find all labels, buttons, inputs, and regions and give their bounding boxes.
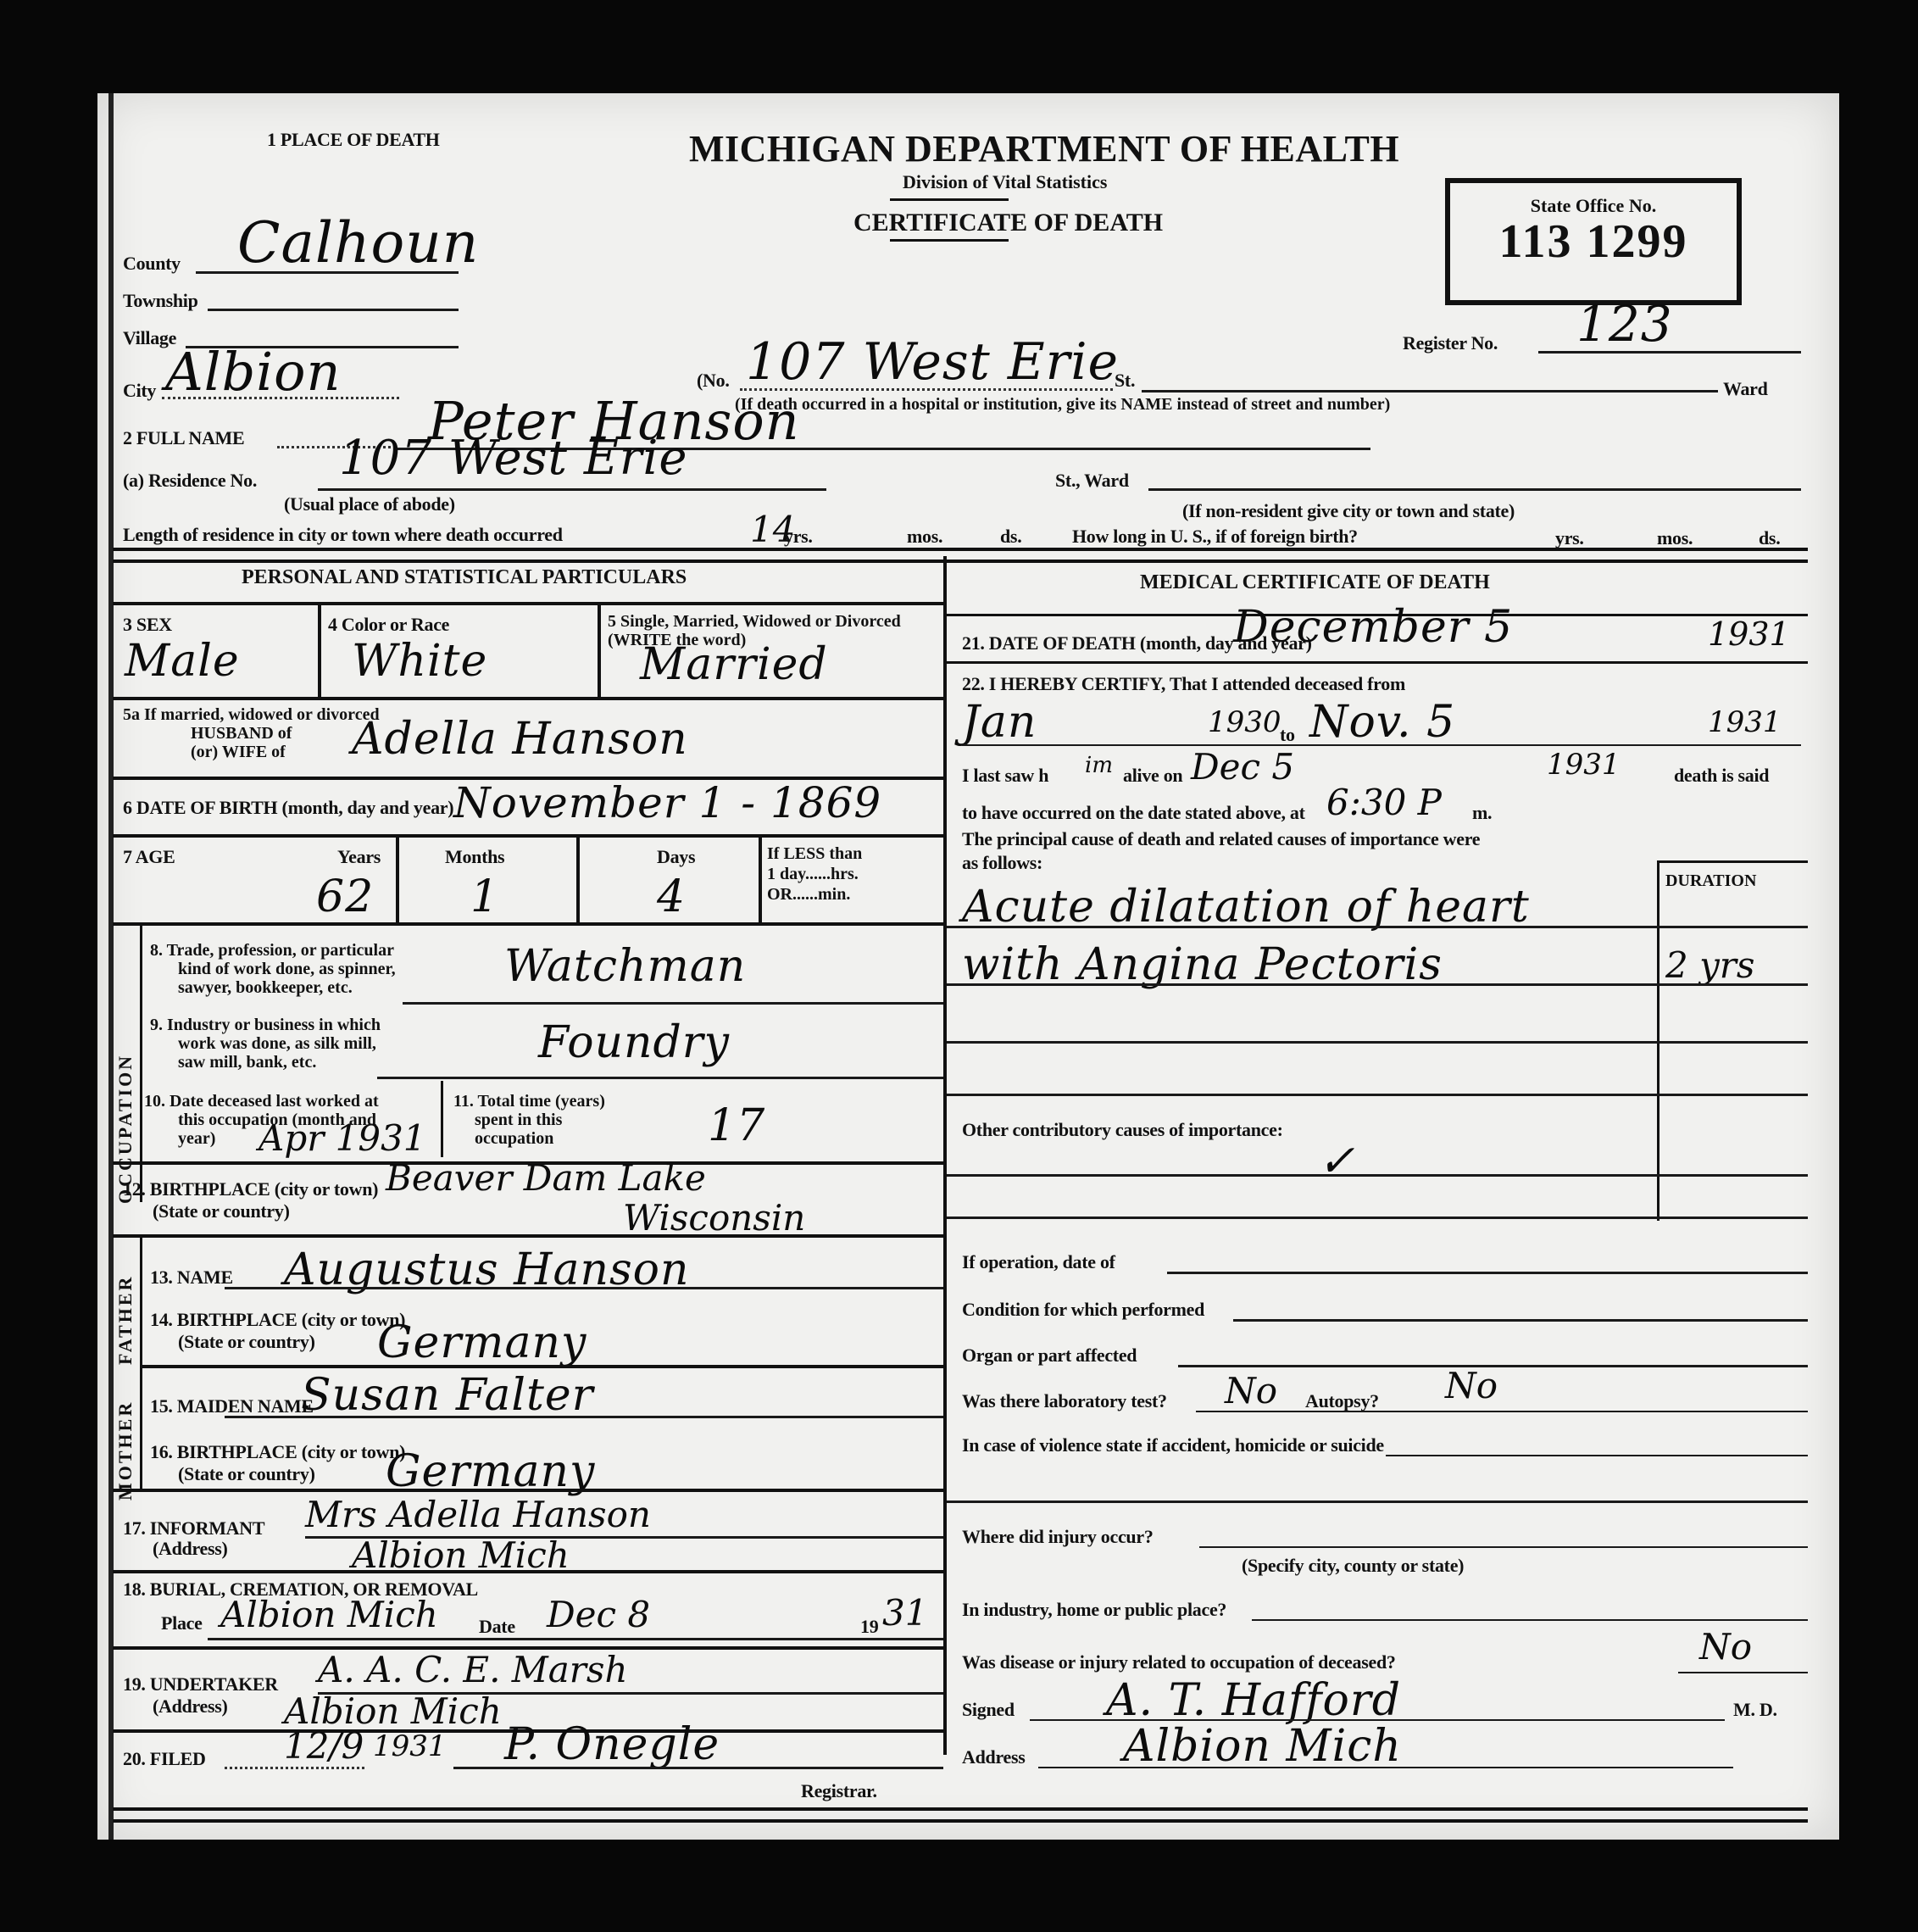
autopsy-value: No: [1445, 1365, 1498, 1406]
cause-2-duration: 2 yrs: [1665, 944, 1754, 986]
dob-label: 6 DATE OF BIRTH (month, day and year): [123, 797, 453, 819]
lab-test-value: No: [1225, 1370, 1277, 1411]
row-divider: [113, 602, 943, 605]
filed-year-value: 1931: [373, 1729, 447, 1763]
residence-line: [318, 488, 826, 491]
dob-value: November 1 - 1869: [453, 778, 881, 827]
row-divider: [113, 1234, 943, 1238]
header-divider: [113, 548, 1808, 563]
cause-line: [947, 1174, 1808, 1177]
register-label: Register No.: [1403, 332, 1498, 354]
attended-to-year: 1931: [1708, 705, 1782, 739]
last-worked-value: Apr 1931: [259, 1117, 426, 1159]
divider: [890, 239, 1009, 242]
last-saw-label: I last saw h: [962, 765, 1048, 787]
organ-label: Organ or part affected: [962, 1345, 1137, 1367]
date-of-death-value: December 5: [1233, 602, 1513, 653]
col-divider: [576, 834, 580, 922]
usual-abode-note: (Usual place of abode): [284, 493, 455, 515]
burial-line: [208, 1638, 943, 1640]
burial-date-value: Dec 8: [547, 1594, 650, 1635]
mother-birthplace-state-label: (State or country): [178, 1463, 315, 1485]
age-days-value: 4: [657, 871, 686, 922]
us-yrs-label: yrs.: [1555, 527, 1584, 549]
ward-line: [1142, 390, 1718, 393]
row-divider: [113, 834, 943, 838]
cause-line: [947, 1094, 1808, 1096]
footer-divider: [113, 1807, 1808, 1823]
spouse-label-3: (or) WIFE of: [191, 743, 286, 761]
trade-label-2: kind of work done, as spinner,: [178, 960, 396, 978]
col-divider: [318, 602, 321, 697]
race-value: White: [352, 636, 487, 687]
lab-line: [1196, 1411, 1808, 1412]
trade-label-1: 8. Trade, profession, or particular: [150, 941, 394, 960]
township-label: Township: [123, 290, 198, 312]
autopsy-label: Autopsy?: [1305, 1390, 1379, 1412]
certificate-title: CERTIFICATE OF DEATH: [853, 209, 1163, 237]
industry-label-1: 9. Industry or business in which: [150, 1016, 381, 1034]
duration-label: DURATION: [1665, 871, 1756, 890]
informant-value: Mrs Adella Hanson: [305, 1494, 651, 1535]
alive-on-label: alive on: [1123, 765, 1182, 787]
father-birthplace-label: 14. BIRTHPLACE (city or town): [150, 1309, 405, 1331]
row-divider: [140, 1365, 943, 1368]
total-time-label-2: spent in this: [475, 1111, 562, 1129]
county-label: County: [123, 253, 181, 275]
age-months-value: 1: [470, 871, 499, 922]
col-divider: [396, 834, 399, 922]
mos-label: mos.: [907, 526, 942, 548]
hospital-note: (If death occurred in a hospital or inst…: [735, 395, 1390, 414]
signed-label: Signed: [962, 1699, 1015, 1721]
filed-date-value: 12/9: [284, 1725, 364, 1767]
industry-line: [377, 1077, 943, 1079]
ward-line-2: [1148, 488, 1801, 491]
us-mos-label: mos.: [1657, 527, 1693, 549]
less-than-label-2: 1 day......hrs.: [767, 865, 859, 883]
years-label: Years: [337, 846, 381, 868]
less-than-label-3: OR......min.: [767, 885, 850, 904]
marital-value: Married: [640, 639, 828, 690]
registrar-label: Registrar.: [801, 1780, 877, 1802]
cause-line: [947, 926, 1808, 928]
occupation-related-line: [1678, 1672, 1808, 1673]
father-side-label: FATHER: [114, 1246, 136, 1365]
st-label: St.: [1115, 370, 1135, 392]
state-office-box: State Office No. 113 1299: [1445, 178, 1742, 305]
row-divider: [113, 922, 943, 926]
mother-maiden-label: 15. MAIDEN NAME: [150, 1395, 314, 1417]
col-divider: [598, 602, 601, 697]
side-rule: [140, 1234, 142, 1489]
death-said-label: death is said: [1674, 765, 1769, 787]
operation-label: If operation, date of: [962, 1251, 1115, 1273]
operation-line: [1167, 1272, 1808, 1274]
sex-label: 3 SEX: [123, 614, 172, 636]
death-certificate: 1 PLACE OF DEATH MICHIGAN DEPARTMENT OF …: [97, 93, 1839, 1840]
md-label: M. D.: [1733, 1699, 1777, 1721]
attended-to-value: Nov. 5: [1309, 697, 1455, 748]
full-name-label: 2 FULL NAME: [123, 427, 244, 449]
township-line: [208, 309, 459, 311]
industry-label-2: work was done, as silk mill,: [178, 1034, 376, 1053]
state-office-number: 113 1299: [1450, 217, 1737, 266]
burial-place-label: Place: [161, 1612, 203, 1634]
undertaker-label: 19. UNDERTAKER: [123, 1673, 278, 1695]
personal-section-title: PERSONAL AND STATISTICAL PARTICULARS: [242, 566, 687, 589]
medical-section-title: MEDICAL CERTIFICATE OF DEATH: [1140, 571, 1490, 594]
signed-value: A. T. Hafford: [1106, 1675, 1401, 1726]
sex-value: Male: [125, 636, 240, 687]
yrs-label: yrs.: [784, 526, 813, 548]
place-of-death-label: 1 PLACE OF DEATH: [267, 129, 440, 151]
row-divider: [947, 661, 1808, 664]
nonresident-note: (If non-resident give city or town and s…: [1182, 500, 1515, 522]
birthplace-state-value: Wisconsin: [623, 1197, 805, 1239]
birthplace-state-label: (State or country): [153, 1200, 290, 1222]
injury-where-line: [1199, 1546, 1808, 1548]
undertaker-value: A. A. C. E. Marsh: [318, 1649, 628, 1690]
mother-maiden-line: [225, 1416, 943, 1418]
mother-side-label: MOTHER: [114, 1373, 136, 1501]
ds-label: ds.: [1000, 526, 1021, 548]
industry-label-3: saw mill, bank, etc.: [178, 1053, 316, 1072]
filed-line: [225, 1767, 364, 1769]
months-label: Months: [445, 846, 504, 868]
specify-note: (Specify city, county or state): [1242, 1555, 1464, 1577]
trade-value: Watchman: [504, 941, 746, 992]
col-divider: [441, 1081, 443, 1157]
less-than-label-1: If LESS than: [767, 844, 862, 863]
father-name-label: 13. NAME: [150, 1267, 233, 1289]
state-office-label: State Office No.: [1450, 195, 1737, 217]
industry-value: Foundry: [538, 1017, 730, 1068]
occupation-related-value: No: [1699, 1626, 1752, 1668]
mother-maiden-value: Susan Falter: [301, 1370, 594, 1421]
division-subtitle: Division of Vital Statistics: [903, 171, 1107, 193]
last-worked-label-1: 10. Date deceased last worked at: [144, 1092, 379, 1111]
city-label: City: [123, 380, 156, 402]
cause-line: [947, 983, 1808, 986]
spouse-value: Adella Hanson: [352, 714, 688, 765]
register-value: 123: [1576, 295, 1673, 353]
violence-line: [1386, 1455, 1808, 1456]
last-saw-pronoun: im: [1085, 753, 1113, 778]
mother-birthplace-label: 16. BIRTHPLACE (city or town): [150, 1441, 405, 1463]
street-value: 107 West Erie: [746, 332, 1119, 392]
informant-label: 17. INFORMANT: [123, 1517, 264, 1539]
attended-line: [962, 744, 1801, 746]
trade-label-3: sawyer, bookkeeper, etc.: [178, 978, 353, 997]
trade-line: [403, 1002, 943, 1005]
registrar-signature: P. Onegle: [504, 1719, 720, 1770]
other-causes-label: Other contributory causes of importance:: [962, 1119, 1283, 1141]
county-value: Calhoun: [237, 210, 479, 276]
date-of-death-year: 1931: [1708, 615, 1790, 653]
industry-place-label: In industry, home or public place?: [962, 1599, 1226, 1621]
filed-label: 20. FILED: [123, 1748, 206, 1770]
principal-cause-label: The principal cause of death and related…: [962, 827, 1487, 875]
row-divider: [1657, 860, 1808, 863]
row-divider: [113, 1570, 943, 1573]
address-label: Address: [962, 1746, 1026, 1768]
violence-line-2: [947, 1501, 1808, 1503]
undertaker-address-label: (Address): [153, 1695, 228, 1718]
other-causes-value: ✓: [1318, 1136, 1356, 1187]
registrar-line: [453, 1767, 943, 1769]
burial-date-label: Date: [479, 1616, 515, 1638]
last-saw-date: Dec 5: [1191, 746, 1294, 788]
address-value: Albion Mich: [1123, 1721, 1402, 1772]
condition-label: Condition for which performed: [962, 1299, 1204, 1321]
cause-1-text: Acute dilatation of heart: [962, 882, 1530, 933]
time-value: 6:30 P: [1326, 782, 1442, 823]
certify-label: 22. I HEREBY CERTIFY, That I attended de…: [962, 673, 1405, 695]
total-time-label-3: occupation: [475, 1129, 553, 1148]
row-divider: [113, 697, 943, 700]
attended-from-value: Jan: [962, 697, 1037, 748]
length-residence-label: Length of residence in city or town wher…: [123, 524, 563, 546]
how-long-us-label: How long in U. S., if of foreign birth?: [1072, 526, 1358, 548]
city-value: Albion: [165, 341, 341, 403]
to-label: to: [1280, 724, 1295, 746]
residence-label: (a) Residence No.: [123, 470, 257, 492]
occupation-related-label: Was disease or injury related to occupat…: [962, 1651, 1396, 1673]
attended-from-year: 1930: [1208, 705, 1281, 739]
occupation-side-label: OCCUPATION: [114, 949, 136, 1204]
department-title: MICHIGAN DEPARTMENT OF HEALTH: [689, 127, 1399, 170]
address-line: [1038, 1767, 1733, 1768]
center-rule: [943, 556, 947, 1755]
informant-address-label: (Address): [153, 1538, 228, 1560]
race-label: 4 Color or Race: [328, 614, 449, 636]
father-name-line: [225, 1287, 943, 1289]
violence-label: In case of violence state if accident, h…: [962, 1434, 1384, 1456]
spouse-label-2: HUSBAND of: [191, 724, 292, 743]
total-time-value: 17: [708, 1100, 765, 1151]
birthplace-city-value: Beaver Dam Lake: [386, 1157, 706, 1199]
burial-year-value: 31: [882, 1592, 927, 1634]
cause-2-text: with Angina Pectoris: [962, 939, 1443, 990]
cause-line: [947, 1217, 1808, 1219]
father-birthplace-state-label: (State or country): [178, 1331, 315, 1353]
spouse-label-1: 5a If married, widowed or divorced: [123, 705, 380, 724]
burial-place-value: Albion Mich: [220, 1594, 438, 1635]
days-label: Days: [657, 846, 695, 868]
col-divider: [759, 834, 762, 922]
side-rule: [140, 922, 142, 1202]
residence-st-ward-label: St., Ward: [1055, 470, 1129, 492]
condition-line: [1233, 1319, 1808, 1322]
lab-test-label: Was there laboratory test?: [962, 1390, 1167, 1412]
total-time-label-1: 11. Total time (years): [453, 1092, 605, 1111]
row-divider: [113, 1489, 943, 1492]
page-edge-rule: [108, 93, 114, 1840]
industry-place-line: [1252, 1619, 1808, 1621]
birthplace-label: 12. BIRTHPLACE (city or town): [123, 1178, 378, 1200]
burial-year-prefix: 19: [860, 1616, 878, 1638]
age-years-value: 62: [316, 871, 374, 922]
last-saw-year: 1931: [1547, 748, 1621, 782]
injury-where-label: Where did injury occur?: [962, 1526, 1154, 1548]
residence-value: 107 West Erie: [339, 431, 688, 486]
father-birthplace-value: Germany: [377, 1317, 587, 1368]
us-ds-label: ds.: [1759, 527, 1780, 549]
m-label: m.: [1472, 802, 1492, 824]
street-no-label: (No.: [697, 370, 730, 392]
last-worked-label-3: year): [178, 1129, 215, 1148]
cause-line: [947, 1041, 1808, 1044]
age-label: 7 AGE: [123, 846, 175, 868]
divider: [890, 198, 1009, 201]
occurred-label: to have occurred on the date stated abov…: [962, 802, 1305, 824]
ward-label: Ward: [1723, 378, 1768, 400]
